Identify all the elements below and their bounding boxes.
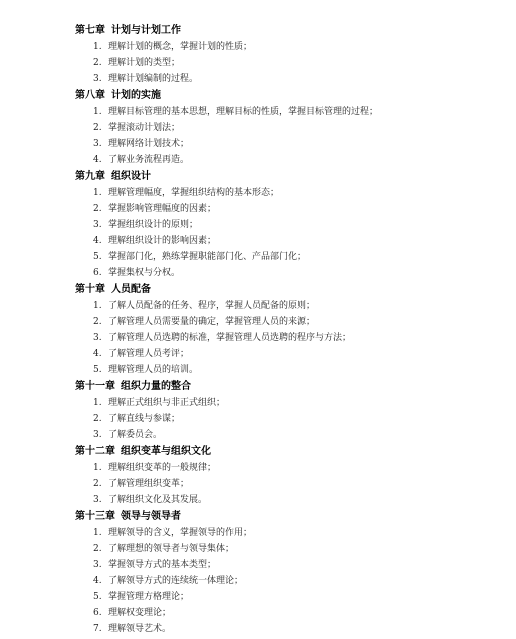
list-item: 3.掌握领导方式的基本类型； [75, 557, 378, 573]
item-number: 6. [93, 605, 108, 621]
item-text: 理解领导的含义，掌握领导的作用； [108, 528, 252, 538]
list-item: 1.理解组织变革的一般规律； [75, 460, 378, 476]
item-number: 4. [93, 346, 108, 362]
list-item: 4.了解领导方式的连续统一体理论； [75, 573, 378, 589]
item-number: 3. [93, 136, 108, 152]
item-number: 5. [93, 589, 108, 605]
list-item: 1.了解人员配备的任务、程序，掌握人员配备的原则； [75, 298, 378, 314]
list-item: 3.了解组织文化及其发展。 [75, 492, 378, 508]
chapter-heading: 第十三章领导与领导者 [75, 508, 378, 525]
list-item: 1.理解目标管理的基本思想，理解目标的性质，掌握目标管理的过程； [75, 104, 378, 120]
item-number: 3. [93, 427, 108, 443]
item-text: 了解管理人员考评； [108, 349, 189, 359]
item-number: 2. [93, 55, 108, 71]
item-text: 理解计划的类型； [108, 58, 180, 68]
item-text: 理解网络计划技术； [108, 139, 189, 149]
item-number: 2. [93, 476, 108, 492]
item-text: 了解业务流程再造。 [108, 155, 189, 165]
chapter-heading: 第十一章组织力量的整合 [75, 378, 378, 395]
item-number: 2. [93, 411, 108, 427]
list-item: 3.了解管理人员选聘的标准，掌握管理人员选聘的程序与方法； [75, 330, 378, 346]
chapter-number: 第十二章 [75, 446, 115, 457]
chapter-section: 第九章组织设计 1.理解管理幅度，掌握组织结构的基本形态； 2.掌握影响管理幅度… [75, 168, 378, 281]
list-item: 6.掌握集权与分权。 [75, 265, 378, 281]
list-item: 5.掌握部门化，熟练掌握职能部门化、产品部门化； [75, 249, 378, 265]
list-item: 2.了解直线与参谋； [75, 411, 378, 427]
chapter-title: 计划的实施 [111, 90, 161, 101]
item-number: 1. [93, 104, 108, 120]
chapter-title: 组织变革与组织文化 [121, 446, 211, 457]
item-number: 1. [93, 185, 108, 201]
item-number: 4. [93, 233, 108, 249]
list-item: 3.理解计划编制的过程。 [75, 71, 378, 87]
item-text: 理解组织设计的影响因素； [108, 236, 216, 246]
item-number: 2. [93, 541, 108, 557]
chapter-section: 第七章计划与计划工作 1.理解计划的概念，掌握计划的性质； 2.理解计划的类型；… [75, 22, 378, 87]
item-text: 掌握领导方式的基本类型； [108, 560, 216, 570]
list-item: 6.理解权变理论； [75, 605, 378, 621]
item-number: 2. [93, 314, 108, 330]
chapter-section: 第十三章领导与领导者 1.理解领导的含义，掌握领导的作用； 2.了解理想的领导者… [75, 508, 378, 637]
chapter-number: 第七章 [75, 25, 105, 36]
item-text: 理解目标管理的基本思想，理解目标的性质，掌握目标管理的过程； [108, 107, 378, 117]
item-number: 2. [93, 201, 108, 217]
item-text: 掌握组织设计的原则； [108, 220, 198, 230]
list-item: 2.了解管理人员需要量的确定，掌握管理人员的来源； [75, 314, 378, 330]
item-text: 了解理想的领导者与领导集体； [108, 544, 234, 554]
item-number: 4. [93, 573, 108, 589]
item-text: 理解计划编制的过程。 [108, 74, 198, 84]
list-item: 2.理解计划的类型； [75, 55, 378, 71]
list-item: 4.理解组织设计的影响因素； [75, 233, 378, 249]
item-text: 理解管理幅度，掌握组织结构的基本形态； [108, 188, 279, 198]
item-text: 了解委员会。 [108, 430, 162, 440]
item-text: 掌握滚动计划法； [108, 123, 180, 133]
item-text: 掌握影响管理幅度的因素； [108, 204, 216, 214]
document-page: 第七章计划与计划工作 1.理解计划的概念，掌握计划的性质； 2.理解计划的类型；… [0, 0, 516, 639]
list-item: 1.理解领导的含义，掌握领导的作用； [75, 525, 378, 541]
list-item: 1.理解管理幅度，掌握组织结构的基本形态； [75, 185, 378, 201]
chapter-section: 第十章人员配备 1.了解人员配备的任务、程序，掌握人员配备的原则； 2.了解管理… [75, 281, 378, 378]
list-item: 3.了解委员会。 [75, 427, 378, 443]
list-item: 1.理解正式组织与非正式组织； [75, 395, 378, 411]
item-number: 5. [93, 249, 108, 265]
chapter-number: 第八章 [75, 90, 105, 101]
item-text: 掌握集权与分权。 [108, 268, 180, 278]
item-number: 3. [93, 492, 108, 508]
item-text: 掌握管理方格理论； [108, 592, 189, 602]
item-text: 了解管理人员选聘的标准，掌握管理人员选聘的程序与方法； [108, 333, 351, 343]
chapter-section: 第十二章组织变革与组织文化 1.理解组织变革的一般规律； 2.了解管理组织变革；… [75, 443, 378, 508]
item-number: 5. [93, 362, 108, 378]
chapter-title: 领导与领导者 [121, 511, 181, 522]
item-number: 1. [93, 460, 108, 476]
chapter-title: 计划与计划工作 [111, 25, 181, 36]
chapter-heading: 第八章计划的实施 [75, 87, 378, 104]
item-text: 理解正式组织与非正式组织； [108, 398, 225, 408]
list-item: 5.理解管理人员的培训。 [75, 362, 378, 378]
chapter-number: 第九章 [75, 171, 105, 182]
item-number: 7. [93, 621, 108, 637]
chapter-heading: 第九章组织设计 [75, 168, 378, 185]
chapter-heading: 第十章人员配备 [75, 281, 378, 298]
item-text: 理解权变理论； [108, 608, 171, 618]
item-text: 理解组织变革的一般规律； [108, 463, 216, 473]
list-item: 4.了解业务流程再造。 [75, 152, 378, 168]
chapter-heading: 第七章计划与计划工作 [75, 22, 378, 39]
item-text: 了解领导方式的连续统一体理论； [108, 576, 243, 586]
chapter-title: 组织设计 [111, 171, 151, 182]
item-number: 4. [93, 152, 108, 168]
item-number: 2. [93, 120, 108, 136]
item-number: 3. [93, 217, 108, 233]
item-number: 3. [93, 71, 108, 87]
item-text: 了解管理组织变革； [108, 479, 189, 489]
chapter-section: 第八章计划的实施 1.理解目标管理的基本思想，理解目标的性质，掌握目标管理的过程… [75, 87, 378, 168]
chapter-title: 人员配备 [111, 284, 151, 295]
list-item: 3.掌握组织设计的原则； [75, 217, 378, 233]
item-text: 掌握部门化，熟练掌握职能部门化、产品部门化； [108, 252, 306, 262]
item-number: 1. [93, 525, 108, 541]
list-item: 5.掌握管理方格理论； [75, 589, 378, 605]
item-text: 理解管理人员的培训。 [108, 365, 198, 375]
item-text: 理解领导艺术。 [108, 624, 171, 634]
chapter-heading: 第十二章组织变革与组织文化 [75, 443, 378, 460]
item-text: 了解直线与参谋； [108, 414, 180, 424]
chapter-number: 第十章 [75, 284, 105, 295]
item-text: 了解人员配备的任务、程序，掌握人员配备的原则； [108, 301, 315, 311]
item-number: 6. [93, 265, 108, 281]
syllabus-content: 第七章计划与计划工作 1.理解计划的概念，掌握计划的性质； 2.理解计划的类型；… [75, 22, 378, 637]
list-item: 2.了解理想的领导者与领导集体； [75, 541, 378, 557]
chapter-number: 第十三章 [75, 511, 115, 522]
list-item: 2.了解管理组织变革； [75, 476, 378, 492]
item-text: 理解计划的概念，掌握计划的性质； [108, 42, 252, 52]
list-item: 1.理解计划的概念，掌握计划的性质； [75, 39, 378, 55]
list-item: 2.掌握滚动计划法； [75, 120, 378, 136]
item-text: 了解组织文化及其发展。 [108, 495, 207, 505]
chapter-number: 第十一章 [75, 381, 115, 392]
item-number: 1. [93, 395, 108, 411]
item-number: 3. [93, 330, 108, 346]
item-number: 1. [93, 298, 108, 314]
item-number: 3. [93, 557, 108, 573]
chapter-section: 第十一章组织力量的整合 1.理解正式组织与非正式组织； 2.了解直线与参谋； 3… [75, 378, 378, 443]
list-item: 2.掌握影响管理幅度的因素； [75, 201, 378, 217]
list-item: 4.了解管理人员考评； [75, 346, 378, 362]
item-text: 了解管理人员需要量的确定，掌握管理人员的来源； [108, 317, 315, 327]
chapter-title: 组织力量的整合 [121, 381, 191, 392]
list-item: 7.理解领导艺术。 [75, 621, 378, 637]
item-number: 1. [93, 39, 108, 55]
list-item: 3.理解网络计划技术； [75, 136, 378, 152]
